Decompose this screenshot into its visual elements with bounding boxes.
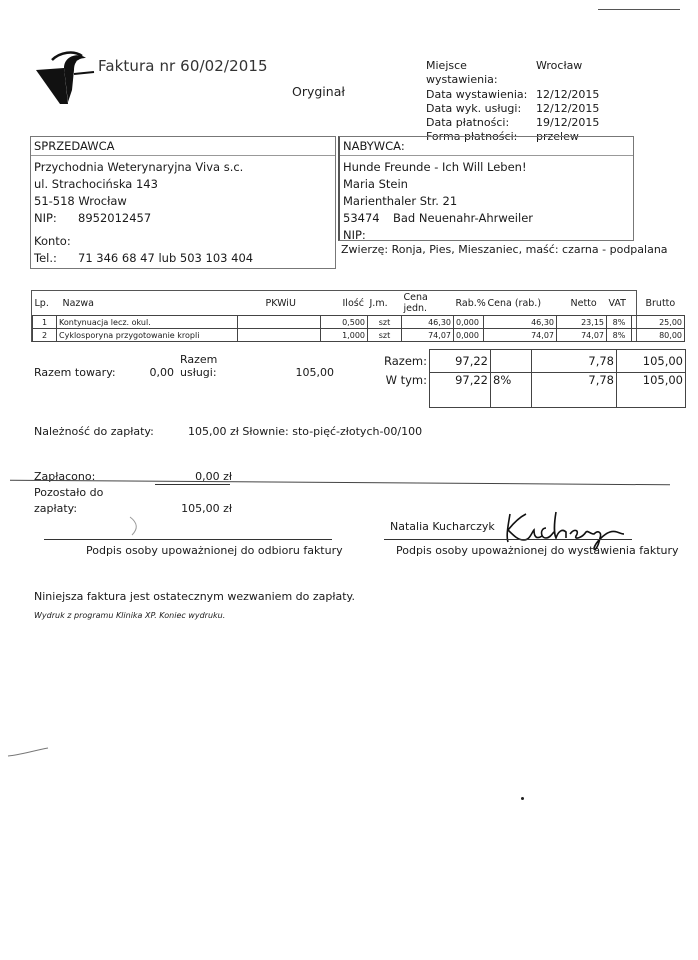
amount-due: Należność do zapłaty:105,00 zł Słownie: … [34,425,422,438]
paid-label: Zapłacono: [34,469,112,485]
animal-info: Zwierzę: Ronja, Pies, Mieszaniec, maść: … [341,243,668,256]
cell-qty: 1,000 [321,329,368,342]
cell-vat: 8% [607,316,632,329]
cell-discount: 0,000 [454,316,484,329]
cell-net: 74,07 [557,329,607,342]
col-vat: VAT [607,291,632,316]
cell-price-disc: 74,07 [484,329,557,342]
services-total-value: 105,00 [254,366,334,379]
invoice-meta: Miejsce wystawienia:Wrocław Data wystawi… [426,59,599,145]
scan-artifact-top [598,9,680,10]
cell-gross: 80,00 [632,329,685,342]
sum-label: Razem: [361,350,430,373]
seller-box: SPRZEDAWCA Przychodnia Weterynaryjna Viv… [30,136,336,269]
due-label: Należność do zapłaty: [34,425,188,438]
buyer-city-line: 53474Bad Neuenahr-Ahrweiler [343,210,630,227]
incl-gross: 105,00 [617,373,686,408]
col-net: Netto [557,291,607,316]
sum-vat-rate [491,350,532,373]
meta-row: Miejsce wystawienia:Wrocław [426,59,599,88]
meta-label: Miejsce wystawienia: [426,59,536,88]
meta-row: Data wystawienia:12/12/2015 [426,88,599,102]
cell-lp: 1 [33,316,57,329]
nip-value: 8952012457 [78,211,151,225]
totals-line: Razem towary:0,00Razem usługi:105,00 [34,353,334,379]
receiver-signature-line [44,539,332,540]
meta-value: Wrocław [536,59,582,88]
buyer-postcode: 53474 [343,210,393,227]
remaining-row: Pozostało do zapłaty:105,00 zł [34,485,232,517]
buyer-heading: NABYWCA: [340,137,633,156]
cell-name: Cyklosporyna przygotowanie kropli [57,329,238,342]
buyer-person: Maria Stein [343,176,630,193]
col-gross: Brutto [632,291,685,316]
issuer-signature-label: Podpis osoby upoważnionej do wystawienia… [396,544,679,557]
seller-heading: SPRZEDAWCA [31,137,335,156]
cell-unit: szt [368,316,402,329]
paid-underline [155,484,230,485]
seller-account: Konto: [34,233,332,250]
meta-label: Data płatności: [426,116,536,130]
cell-vat: 8% [607,329,632,342]
incl-net: 97,22 [430,373,491,408]
cell-pkwiu [238,329,321,342]
col-price: Cena jedn. [402,291,454,316]
tel-label: Tel.: [34,250,78,267]
payment-status: Zapłacono:0,00 zł Pozostało do zapłaty:1… [34,469,232,517]
cell-unit: szt [368,329,402,342]
cell-price: 46,30 [402,316,454,329]
services-total-label: Razem usługi: [180,353,254,379]
col-unit: J.m. [368,291,402,316]
cell-net: 23,15 [557,316,607,329]
cell-qty: 0,500 [321,316,368,329]
goods-total-value: 0,00 [148,366,174,379]
buyer-nip: NIP: [343,227,630,244]
receiver-signature-mark [128,515,142,537]
tel-value: 71 346 68 47 lub 503 103 404 [78,251,253,265]
meta-label: Data wyk. usługi: [426,102,536,116]
col-name: Nazwa [57,291,238,316]
meta-label: Data wystawienia: [426,88,536,102]
cell-price: 74,07 [402,329,454,342]
meta-value: 12/12/2015 [536,102,599,116]
invoice-title: Faktura nr 60/02/2015 [98,57,268,75]
cell-pkwiu [238,316,321,329]
due-value: 105,00 zł [188,425,239,438]
sum-net: 97,22 [430,350,491,373]
items-table: Lp. Nazwa PKWiU Ilość J.m. Cena jedn. Ra… [31,290,637,342]
scan-artifact-left [6,745,50,759]
sum-vat: 7,78 [532,350,617,373]
table-row: 1 Kontynuacja lecz. okul. 0,500 szt 46,3… [33,316,685,329]
incl-vat: 7,78 [532,373,617,408]
meta-row: Data wyk. usługi:12/12/2015 [426,102,599,116]
table-row: 2 Cyklosporyna przygotowanie kropli 1,00… [33,329,685,342]
buyer-box: NABYWCA: Hunde Freunde - Ich Will Leben!… [338,136,634,241]
final-notice: Niniejsza faktura jest ostatecznym wezwa… [34,590,355,603]
issuer-name: Natalia Kucharczyk [390,520,495,533]
col-qty: Ilość [321,291,368,316]
incl-label: W tym: [361,373,430,408]
cell-price-disc: 46,30 [484,316,557,329]
paid-value: 0,00 zł [112,469,232,485]
seller-name: Przychodnia Weterynaryjna Viva s.c. [34,159,332,176]
vat-summary: Razem: 97,22 7,78 105,00 W tym: 97,22 8%… [361,349,686,408]
cell-lp: 2 [33,329,57,342]
seller-street: ul. Strachocińska 143 [34,176,332,193]
cell-name: Kontynuacja lecz. okul. [57,316,238,329]
meta-value: 19/12/2015 [536,116,599,130]
table-header-row: Lp. Nazwa PKWiU Ilość J.m. Cena jedn. Ra… [33,291,685,316]
paid-row: Zapłacono:0,00 zł [34,469,232,485]
remaining-label: Pozostało do zapłaty: [34,485,112,517]
amount-in-words: Słownie: sto-pięć-złotych-00/100 [242,425,422,438]
summary-row-incl: W tym: 97,22 8% 7,78 105,00 [361,373,686,408]
copy-label: Oryginał [292,84,345,99]
clinic-logo-icon [34,48,96,106]
cell-gross: 25,00 [632,316,685,329]
printout-note: Wydruk z programu Klinika XP. Koniec wyd… [34,611,225,620]
goods-total-label: Razem towary: [34,366,148,379]
seller-nip: NIP:8952012457 [34,210,332,227]
col-price-disc: Cena (rab.) [484,291,557,316]
col-pkwiu: PKWiU [238,291,321,316]
meta-value: 12/12/2015 [536,88,599,102]
incl-vat-rate: 8% [491,373,532,408]
receiver-signature-label: Podpis osoby upoważnionej do odbioru fak… [86,544,343,557]
seller-tel: Tel.:71 346 68 47 lub 503 103 404 [34,250,332,267]
issuer-signature-line [384,539,632,540]
buyer-city: Bad Neuenahr-Ahrweiler [393,211,533,225]
cell-discount: 0,000 [454,329,484,342]
col-lp: Lp. [33,291,57,316]
meta-row: Data płatności:19/12/2015 [426,116,599,130]
buyer-name: Hunde Freunde - Ich Will Leben! [343,159,630,176]
buyer-street: Marienthaler Str. 21 [343,193,630,210]
col-discount: Rab.% [454,291,484,316]
summary-row-total: Razem: 97,22 7,78 105,00 [361,350,686,373]
seller-city: 51-518 Wrocław [34,193,332,210]
sum-gross: 105,00 [617,350,686,373]
nip-label: NIP: [34,210,78,227]
scan-dot [521,797,524,800]
